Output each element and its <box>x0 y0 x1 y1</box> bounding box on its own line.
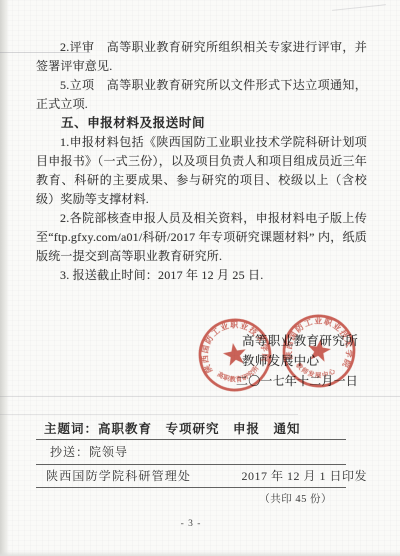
official-seal-right: 陕西国防工业职业技术学院 教师发展中心 <box>276 308 363 395</box>
body-paragraph: 2.各院部核查申报人员及相关资料，申报材料电子版上传至“ftp.gfxy.com… <box>36 209 367 266</box>
footer-divider <box>36 487 346 488</box>
footer-issue-date: 2017 年 12 月 1 日印发 <box>241 465 367 487</box>
body-paragraph: 2.评审 高等职业教育研究所组织相关专家进行评审，并签署评审意见. <box>36 38 367 76</box>
body-paragraph: 3. 报送截止时间：2017 年 12 月 25 日. <box>36 266 367 285</box>
footer-issuer: 陕西国防学院科研管理处 <box>36 465 191 487</box>
footer-issue-row: 陕西国防学院科研管理处 2017 年 12 月 1 日印发 <box>36 465 367 487</box>
scan-bottom-shadow <box>0 551 400 556</box>
scan-artifact-line <box>332 4 386 11</box>
document-body: 2.评审 高等职业教育研究所组织相关专家进行评审，并签署评审意见. 5.立项 高… <box>36 38 367 285</box>
star-icon <box>306 337 332 362</box>
footer-cc-row: 抄送：院领导 <box>36 440 367 464</box>
official-seal-left: 陕西国防工业职业技术学院 高职教育研究所 <box>191 311 279 399</box>
footer-copies: （共印 45 份） <box>36 491 346 506</box>
scan-artifact-line <box>0 414 298 415</box>
body-paragraph: 1.申报材料包括《陕西国防工业职业技术学院科研计划项目申报书》（一式三份），以及… <box>36 133 367 209</box>
section-heading: 五、申报材料及报送时间 <box>36 114 367 133</box>
scan-artifact-line <box>0 396 400 397</box>
document-page: 2.评审 高等职业教育研究所组织相关专家进行评审，并签署评审意见. 5.立项 高… <box>0 0 400 556</box>
star-icon <box>222 341 249 367</box>
document-version-block: 主题词：高职教育 专项研究 申报 通知 抄送：院领导 陕西国防学院科研管理处 2… <box>36 419 367 529</box>
body-paragraph: 5.立项 高等职业教育研究所以文件形式下达立项通知，正式立项. <box>36 76 367 114</box>
footer-subject-row: 主题词：高职教育 专项研究 申报 通知 <box>36 419 367 439</box>
page-number: - 3 - <box>36 519 346 529</box>
scan-edge-shadow <box>0 0 9 556</box>
